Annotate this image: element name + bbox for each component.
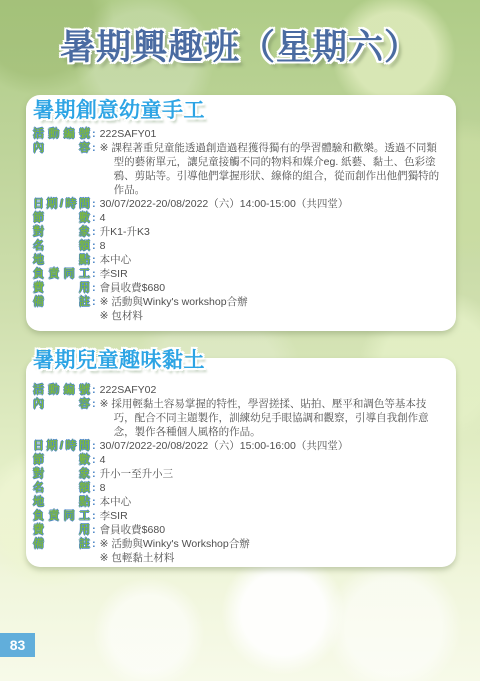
- field-value: 李SIR: [100, 509, 444, 523]
- field-row: 名額:8: [33, 239, 444, 253]
- field-label: 費用: [33, 281, 90, 295]
- section-title-fun-clay: 暑期兒童趣味黏土: [33, 347, 444, 374]
- field-row: 備註:※ 活動與Winky's Workshop合辦※ 包輕黏土材料: [33, 537, 444, 565]
- field-value: ※ 活動與Winky's Workshop合辦※ 包輕黏土材料: [100, 537, 444, 565]
- field-value: ※ 採用輕黏土容易掌握的特性，學習搓揉、貼拍、壓平和調色等基本技巧，配合不同主題…: [100, 397, 444, 439]
- field-value: 4: [100, 453, 444, 467]
- field-label: 活動編號: [33, 383, 90, 397]
- field-label: 名額: [33, 239, 90, 253]
- field-label: 備註: [33, 295, 90, 309]
- field-value: 會員收費$680: [100, 281, 444, 295]
- field-colon: :: [92, 495, 96, 509]
- field-value: 本中心: [100, 253, 444, 267]
- field-colon: :: [92, 281, 96, 295]
- field-label: 負責同工: [33, 267, 90, 281]
- field-colon: :: [92, 267, 96, 281]
- field-row: 費用:會員收費$680: [33, 281, 444, 295]
- section-rows: 活動編號:222SAFY01內容:※ 課程著重兒童能透過創造過程獲得獨有的學習體…: [33, 127, 444, 323]
- field-colon: :: [92, 225, 96, 239]
- field-value: 30/07/2022-20/08/2022（六）15:00-16:00（共四堂）: [100, 439, 444, 453]
- leaflet-page: 暑期興趣班（星期六） 暑期創意幼童手工 活動編號:222SAFY01內容:※ 課…: [0, 0, 480, 681]
- field-label: 備註: [33, 537, 90, 551]
- field-value: ※ 課程著重兒童能透過創造過程獲得獨有的學習體驗和歡樂。透過不同類型的藝術單元，…: [100, 141, 444, 197]
- field-row: 負責同工:李SIR: [33, 267, 444, 281]
- field-colon: :: [92, 523, 96, 537]
- field-colon: :: [92, 253, 96, 267]
- field-label: 節數: [33, 211, 90, 225]
- field-colon: :: [92, 141, 96, 155]
- field-label: 負責同工: [33, 509, 90, 523]
- field-label: 內容: [33, 141, 90, 155]
- field-value: 升小一至升小三: [100, 467, 444, 481]
- field-label: 地點: [33, 253, 90, 267]
- field-colon: :: [92, 397, 96, 411]
- field-row: 對象:升K1-升K3: [33, 225, 444, 239]
- page-title: 暑期興趣班（星期六）: [0, 20, 480, 70]
- field-colon: :: [92, 197, 96, 211]
- field-row: 負責同工:李SIR: [33, 509, 444, 523]
- field-row: 地點:本中心: [33, 253, 444, 267]
- field-value: 會員收費$680: [100, 523, 444, 537]
- field-row: 地點:本中心: [33, 495, 444, 509]
- field-row: 名額:8: [33, 481, 444, 495]
- field-row: 節數:4: [33, 211, 444, 225]
- field-value: 222SAFY02: [100, 383, 444, 397]
- field-label: 對象: [33, 225, 90, 239]
- field-row: 內容:※ 課程著重兒童能透過創造過程獲得獨有的學習體驗和歡樂。透過不同類型的藝術…: [33, 141, 444, 197]
- field-label: 對象: [33, 467, 90, 481]
- field-row: 費用:會員收費$680: [33, 523, 444, 537]
- field-value: ※ 活動與Winky's workshop合辦※ 包材料: [100, 295, 444, 323]
- field-colon: :: [92, 295, 96, 309]
- field-value: 8: [100, 481, 444, 495]
- field-colon: :: [92, 383, 96, 397]
- field-label: 內容: [33, 397, 90, 411]
- field-label: 日期/時間: [33, 439, 90, 453]
- section-card-creative-handicraft: 暑期創意幼童手工 活動編號:222SAFY01內容:※ 課程著重兒童能透過創造過…: [26, 95, 456, 331]
- field-value: 30/07/2022-20/08/2022（六）14:00-15:00（共四堂）: [100, 197, 444, 211]
- field-row: 節數:4: [33, 453, 444, 467]
- section-title-creative-handicraft: 暑期創意幼童手工: [33, 97, 444, 124]
- field-colon: :: [92, 239, 96, 253]
- field-value: 升K1-升K3: [100, 225, 444, 239]
- field-colon: :: [92, 439, 96, 453]
- field-colon: :: [92, 537, 96, 551]
- field-label: 費用: [33, 523, 90, 537]
- field-label: 地點: [33, 495, 90, 509]
- field-row: 日期/時間:30/07/2022-20/08/2022（六）15:00-16:0…: [33, 439, 444, 453]
- field-label: 日期/時間: [33, 197, 90, 211]
- field-value: 4: [100, 211, 444, 225]
- field-row: 日期/時間:30/07/2022-20/08/2022（六）14:00-15:0…: [33, 197, 444, 211]
- field-label: 節數: [33, 453, 90, 467]
- field-colon: :: [92, 453, 96, 467]
- field-value: 222SAFY01: [100, 127, 444, 141]
- field-row: 活動編號:222SAFY01: [33, 127, 444, 141]
- field-value: 8: [100, 239, 444, 253]
- page-number-badge: 83: [0, 633, 35, 657]
- field-colon: :: [92, 481, 96, 495]
- field-value: 本中心: [100, 495, 444, 509]
- field-colon: :: [92, 211, 96, 225]
- field-row: 活動編號:222SAFY02: [33, 383, 444, 397]
- field-colon: :: [92, 467, 96, 481]
- field-row: 對象:升小一至升小三: [33, 467, 444, 481]
- section-card-fun-clay: 暑期兒童趣味黏土 活動編號:222SAFY02內容:※ 採用輕黏土容易掌握的特性…: [26, 358, 456, 567]
- field-label: 活動編號: [33, 127, 90, 141]
- field-colon: :: [92, 509, 96, 523]
- field-row: 備註:※ 活動與Winky's workshop合辦※ 包材料: [33, 295, 444, 323]
- section-rows: 活動編號:222SAFY02內容:※ 採用輕黏土容易掌握的特性，學習搓揉、貼拍、…: [33, 383, 444, 565]
- field-colon: :: [92, 127, 96, 141]
- field-row: 內容:※ 採用輕黏土容易掌握的特性，學習搓揉、貼拍、壓平和調色等基本技巧，配合不…: [33, 397, 444, 439]
- field-label: 名額: [33, 481, 90, 495]
- field-value: 李SIR: [100, 267, 444, 281]
